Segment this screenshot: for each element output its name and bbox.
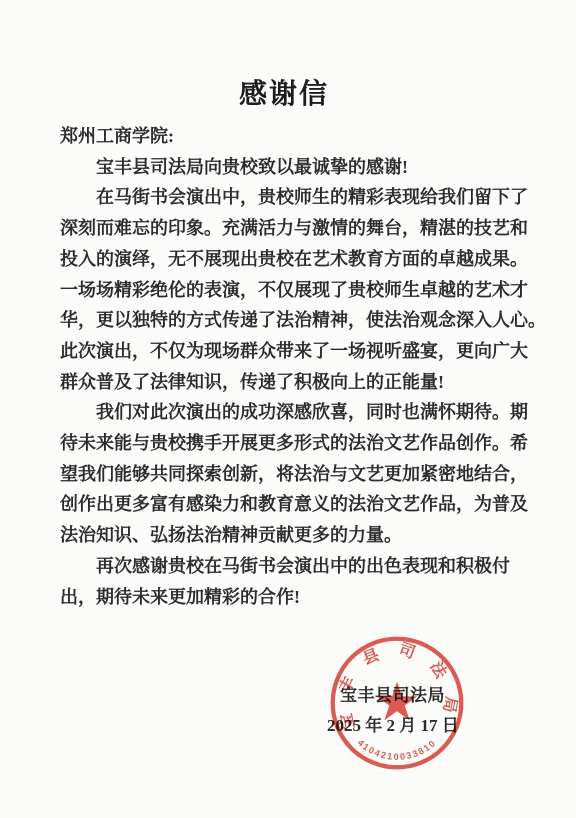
seal-serial-number: 4104210033810 bbox=[356, 737, 439, 761]
letter-title: 感谢信 bbox=[0, 72, 568, 112]
salutation: 郑州工商学院: bbox=[60, 121, 560, 152]
paragraph-future-cooperation: 我们对此次演出的成功深感欣喜，同时也满怀期待。期 待未来能与贵校携手开展更多形式… bbox=[60, 397, 560, 551]
signature-organization: 宝丰县司法局 bbox=[340, 681, 445, 706]
letter-body: 郑州工商学院: 宝丰县司法局向贵校致以最诚挚的感谢! 在马街书会演出中，贵校师生… bbox=[60, 121, 560, 612]
signature-date: 2025 年 2 月 17 日 bbox=[327, 711, 459, 736]
svg-text:4104210033810: 4104210033810 bbox=[356, 737, 439, 761]
paragraph-closing-thanks: 再次感谢贵校在马街书会演出中的出色表现和积极付 出，期待未来更加精彩的合作! bbox=[60, 551, 560, 612]
paragraph-performance-praise: 在马街书会演出中，贵校师生的精彩表现给我们留下了 深刻而难忘的印象。充满活力与激… bbox=[60, 182, 560, 397]
letter-page: 感谢信 郑州工商学院: 宝丰县司法局向贵校致以最诚挚的感谢! 在马街书会演出中，… bbox=[0, 0, 576, 818]
paragraph-greeting: 宝丰县司法局向贵校致以最诚挚的感谢! bbox=[60, 152, 560, 183]
